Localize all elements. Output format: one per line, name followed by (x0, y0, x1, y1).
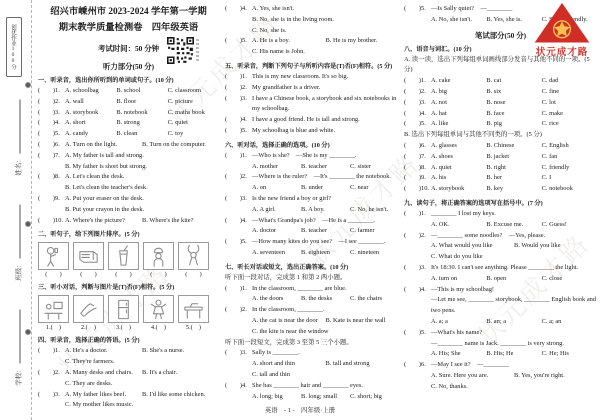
option: A. seventeen (252, 248, 301, 259)
picture-cell: ( ) (108, 242, 139, 279)
question-stem: —________ name is Jack. ________ is very… (404, 339, 597, 350)
answer-bracket: ( )5. (225, 237, 252, 248)
option: C. short; big (350, 392, 399, 403)
question-item: ( )7. A. shoesB. jacketC. fan (404, 152, 597, 163)
option-row: C. tall and thin (225, 370, 399, 381)
question-item: ( )5. —How many kites do you see? —I see… (225, 237, 399, 248)
option-row: B. My father is short but strong. (38, 162, 219, 173)
option: A. cake (431, 76, 486, 87)
answer-bracket: ( )3. (38, 390, 65, 401)
option: A. doctor (252, 226, 301, 237)
option: B. It's a chair. (142, 368, 219, 379)
option: A. storybook (431, 184, 486, 195)
option-row: A. short and thinB. tall and strong (225, 359, 399, 370)
question-item: ( )6. —May I see it? —________ (404, 360, 597, 371)
answer-bracket: ( )6. (404, 141, 431, 152)
section-title: 四、听录音，选择正确的答语。(5 分) (38, 335, 219, 346)
question-stem: —What's Grandpa's job? —He is a ________… (252, 216, 399, 227)
question-item: ( )9. A. Put your eraser on the desk. (38, 194, 219, 205)
answer-bracket: ( )4. (225, 4, 252, 15)
section-title: 九、读句子，将正确答案的选项写在括号中。(7 分) (404, 198, 597, 209)
option: B. pig (486, 119, 541, 130)
computer-desk-icon (38, 295, 69, 323)
option-row: A. doctorB. teacherC. farmer (225, 226, 399, 237)
question-stem: —This is my schoolbag! (431, 285, 597, 296)
option: A. No, she isn't. (431, 15, 486, 26)
answer-bracket: ( )4. (404, 285, 431, 296)
option: C. They are desks. (65, 379, 219, 390)
binding-dot (25, 329, 31, 335)
question-stem: In the classroom, ________ are blue. (252, 284, 399, 295)
option: C. dad (542, 76, 597, 87)
answer-bracket: ( )2. (38, 368, 65, 379)
answer-bracket: ( )4. (225, 381, 252, 392)
question-item: ( )2. —________ some noodles? —Yes, plea… (404, 231, 597, 242)
question-item: ( )4. A. Yes, she isn't. (225, 4, 399, 15)
answer-bracket: ( )1. (38, 346, 65, 357)
publisher-logo: 状元成才路 (526, 2, 598, 58)
option: A. Sure. Here you are. (431, 371, 514, 382)
option: A. Yes, she isn't. (252, 4, 399, 15)
option: A. not (431, 98, 486, 109)
option: A. A girl. (252, 205, 301, 216)
option: A. like (431, 119, 486, 130)
paper-title-line1: 绍兴市嵊州市 2023-2024 学年第一学期 (38, 6, 219, 19)
answer-bracket: ( )1. (404, 209, 431, 220)
option: A. My father is tall and strong. (65, 151, 219, 162)
picture-cell: 2.( ) (73, 295, 104, 332)
option-row: C. His name is John. (225, 47, 399, 58)
question-item: ( )2. In the classroom, ________. (225, 305, 399, 316)
answer-bracket: ( )6. (404, 360, 431, 371)
option: A. Turn on the light. (65, 140, 142, 151)
answer-bracket: ( )1. (225, 72, 252, 83)
drink-icon (108, 242, 139, 270)
answer-bracket: ( ) (38, 270, 69, 279)
question-item: ( )10. A. storybookB. keyC. notebook (404, 184, 597, 195)
answer-bracket: ( )1. (38, 86, 65, 97)
picture-cell: 3.( ) (108, 295, 139, 332)
option: B. teacher (301, 226, 350, 237)
option: A. short and thin (252, 359, 326, 370)
question-stem: —How many kites do you see? —I see _____… (252, 237, 399, 248)
option: C. classroom (168, 86, 219, 97)
fridge-icon (108, 295, 139, 323)
option: B. A boy. (301, 205, 350, 216)
question-item: ( )4. A. shortB. strongC. quiet (38, 118, 219, 129)
paper-title-line2: 期末教学质量检测卷 四年级英语 (38, 22, 219, 35)
answer-bracket: ( )5. (404, 119, 431, 130)
question-stem: It's 18:30. I can't see anything. Please… (431, 263, 597, 274)
answer-bracket: ( )3. (225, 348, 252, 359)
question-item: ( )6. A. Turn on the light.B. Turn on th… (38, 140, 219, 151)
option: A. schoolbag (65, 86, 116, 97)
question-item: ( )1. A. schoolbagB. schoolC. classroom (38, 86, 219, 97)
question-item: ( )2. A. wallB. floorC. picture (38, 97, 219, 108)
fill-line (16, 99, 21, 153)
option-row: A. Sure. Here you are.B. Yes, you're rig… (404, 371, 597, 382)
question-item: ( )3. Sally is ________. (225, 348, 399, 359)
option: A. wall (65, 97, 116, 108)
answer-bracket: 3.( ) (108, 323, 139, 332)
option: C. lot (542, 98, 597, 109)
option-row: B. No, she is in the living room. (225, 15, 399, 26)
class-label: 班级： (14, 261, 23, 281)
option-row: C. No, thanks. (404, 382, 597, 393)
option: C. No, thanks. (431, 382, 597, 393)
option: A. the doors (252, 294, 301, 305)
option-row: A. seventeenB. eighteenC. nineteen (225, 248, 399, 259)
option: B. strong (116, 118, 167, 129)
answer-bracket: ( )10. (404, 184, 431, 195)
option: B. His; He (486, 349, 541, 360)
option: B. Yes, you're right. (514, 371, 597, 382)
fill-line (16, 204, 21, 258)
option: B. floor (116, 97, 167, 108)
answer-bracket: ( ) (73, 270, 104, 279)
question-stem: My grandfather is a driver. (252, 83, 399, 94)
section-title: 三、听小对话，判断与图片是(T)否(F)相符。(5 分) (38, 282, 219, 293)
option: C. rice (542, 119, 597, 130)
listening-note: 听下面一段对话，完成第 1 和第 2 两小题。 (225, 273, 399, 284)
question-stem: —Let me see, ________ storybook, _______… (404, 295, 597, 317)
question-item: ( )10. A. Where's the picture?B. Where's… (38, 216, 219, 227)
option-row: A. a; aB. an; aC. a; an (404, 317, 597, 328)
question-item: ( )8. A. Let's clean the desk. (38, 172, 219, 183)
option-row: A. motherB. teacherC. sister (225, 162, 399, 173)
desk-icon (178, 295, 209, 323)
option: C. near (350, 183, 399, 194)
option: A. Many desks and chairs. (65, 368, 142, 379)
option: B. school (116, 86, 167, 97)
question-stem: My schoolbag is blue and white. (252, 126, 399, 137)
picture-cell: ( ) (143, 242, 174, 279)
question-stem: In the classroom, ________. (252, 305, 399, 316)
answer-bracket: ( )9. (404, 173, 431, 184)
fill-line (16, 309, 21, 363)
question-item: ( )7. A. My father is tall and strong. (38, 151, 219, 162)
option-row: C. No, she is. (225, 26, 399, 37)
answer-bracket: ( )5. (404, 328, 431, 339)
dancing-girl-icon (143, 295, 174, 323)
picture-cell: 1.( ) (38, 295, 69, 332)
question-item: ( )4. —What's Grandpa's job? —He is a __… (225, 216, 399, 227)
qr-caption (196, 39, 199, 63)
question-stem: She has ________ hair and ________ eyes. (252, 381, 399, 392)
option: A. storybook (65, 108, 116, 119)
answer-bracket: ( )2. (404, 87, 431, 98)
option: C. What do you like (431, 252, 597, 263)
option: A. candy (65, 129, 116, 140)
question-stem: I have a good friend. He is tall and str… (252, 115, 399, 126)
option: A. a; a (431, 317, 486, 328)
question-stem: Sally is ________. (252, 348, 399, 359)
picture-cell: ( ) (73, 242, 104, 279)
option: B. clean (116, 129, 167, 140)
option: C. the chairs (350, 294, 399, 305)
option: B. Chinese (486, 141, 541, 152)
student-name-label: 姓名： (14, 156, 23, 176)
binding-dot (25, 82, 31, 88)
option-row: C. What do you like (404, 252, 597, 263)
option: A. on (252, 183, 301, 194)
section-title: 七、听长对话或短文，选出正确答案。(10 分) (225, 262, 399, 273)
option: C. nineteen (350, 248, 399, 259)
picture-cell: ( ) (38, 242, 69, 279)
answer-bracket: ( )8. (404, 163, 431, 174)
binding-line (31, 0, 32, 420)
option: A. the cat is near the door (252, 316, 326, 327)
question-stem: —Where is the ruler? —It's ________ the … (252, 172, 399, 183)
answer-bracket: ( )5. (404, 4, 431, 15)
question-item: ( )5. A. likeB. pigC. rice (404, 119, 597, 130)
question-stem: ________ I lost my keys. (431, 209, 597, 220)
option: A. Let's clean the desk. (65, 172, 219, 183)
section-title: 二、听句子，给下列图片排序。(5 分) (38, 229, 219, 240)
option: A. shoes (431, 152, 486, 163)
answer-bracket: ( )4. (225, 216, 252, 227)
option: C. No, she is. (252, 26, 399, 37)
option: B. key (486, 184, 541, 195)
answer-bracket: ( )3. (225, 94, 252, 116)
answer-bracket: ( )2. (38, 97, 65, 108)
option: B. No, she is in the living room. (252, 15, 399, 26)
question-item: ( )2. My grandfather is a driver. (225, 83, 399, 94)
option-row: A. His; SheB. His; HeC. He; His (404, 349, 597, 360)
option: B. under (301, 183, 350, 194)
option: C. I (542, 173, 597, 184)
option-row: A. the doorsB. the desksC. the chairs (225, 294, 399, 305)
answer-bracket: 1.( ) (38, 323, 69, 332)
option-row: B. Put your crayon in the desk. (38, 205, 219, 216)
question-item: ( )5. My schoolbag is blue and white. (225, 126, 399, 137)
question-item: ( )5. A. candyB. cleanC. toy (38, 129, 219, 140)
option: B. open (486, 274, 541, 285)
listening-note: 听下面一段短文，完成第 3 至第 5 三个小题。 (225, 338, 399, 349)
question-item: ( )8. A. quietB. rightC. friendly (404, 163, 597, 174)
answer-bracket: ( ) (178, 270, 209, 279)
question-item: ( )2. A. bigB. sixC. fine (404, 87, 597, 98)
section-title: 六、听对话，选择正确的选项。(10 分) (225, 140, 399, 151)
question-item: ( )3. A. My father likes beef.B. I'd lik… (38, 390, 219, 401)
option: A. Put your eraser on the desk. (65, 194, 219, 205)
option: C. make (542, 109, 597, 120)
option: A. his (431, 173, 486, 184)
question-item: ( )1. A. He's a doctor.B. She's a nurse. (38, 346, 219, 357)
question-item: ( )1. A. cakeB. catC. dad (404, 76, 597, 87)
question-item: ( )4. I have a good friend. He is tall a… (225, 115, 399, 126)
option: B. Excuse me. (486, 220, 541, 231)
question-item: ( )5. —What's his name? (404, 328, 597, 339)
answer-bracket: ( )3. (225, 194, 252, 205)
option: B. notebook (116, 108, 167, 119)
option-row: A. the cat is near the doorB. Kate is ne… (225, 316, 399, 327)
option: C. tall and thin (252, 370, 399, 381)
answer-bracket: ( )10. (38, 216, 65, 227)
option: A. short (65, 118, 116, 129)
option: B. My father is short but strong. (65, 162, 219, 173)
option: A. He's a doctor. (65, 346, 142, 357)
option: B. six (486, 87, 541, 98)
option-row: B. Let's clean the teacher's desk. (38, 183, 219, 194)
option: A. mother (252, 162, 301, 173)
picture-row: ( )( )( )( )( ) (38, 242, 219, 279)
answer-bracket: ( )8. (38, 172, 65, 183)
option: C. close (542, 274, 597, 285)
option: B. Where's the kite? (142, 216, 219, 227)
option: C. sister (350, 162, 399, 173)
option-row: A. long; bigB. long; smallC. short; big (225, 392, 399, 403)
column-middle: ( )4. A. Yes, she isn't.B. No, she is in… (225, 4, 399, 402)
answer-bracket: ( )1. (404, 76, 431, 87)
option: C. quiet (168, 118, 219, 129)
option: B. face (486, 109, 541, 120)
option: A. quiet (431, 163, 486, 174)
section-title: 一、听录音，选出你所听到的单词或句子。(10 分) (38, 75, 219, 86)
question-item: ( )1. In the classroom, ________ are blu… (225, 284, 399, 295)
answer-bracket: ( )7. (404, 152, 431, 163)
question-item: ( )1. ________ I lost my keys. (404, 209, 597, 220)
option: A. My father likes beef. (65, 390, 142, 401)
option: C. fan (542, 152, 597, 163)
option: A. glasses (431, 141, 486, 152)
option: B. her (486, 173, 541, 184)
option: C. picture (168, 97, 219, 108)
school-field: 学校： (14, 296, 23, 400)
answer-bracket: ( ) (143, 270, 174, 279)
answer-bracket: ( )2. (225, 305, 252, 316)
question-item: ( )3. It's 18:30. I can't see anything. … (404, 263, 597, 274)
option: A. He is a boy. (252, 36, 326, 47)
answer-bracket: 2.( ) (73, 323, 104, 332)
question-item: ( )4. —This is my schoolbag! (404, 285, 597, 296)
option: B. the desks (301, 294, 350, 305)
answer-bracket: ( )4. (225, 115, 252, 126)
option: C. toy (168, 129, 219, 140)
option: B. nose (486, 98, 541, 109)
question-stem: I have a Chinese book, a storybook and s… (252, 94, 399, 116)
option: B. jacket (486, 152, 541, 163)
answer-bracket: ( ) (108, 270, 139, 279)
option: C. notebook (542, 184, 597, 195)
option: B. Kate is near the wall (326, 316, 400, 327)
option-row: A. What would you likeB. Would you like (404, 241, 597, 252)
option: C. farmer (350, 226, 399, 237)
picture-cell: 4.( ) (143, 295, 174, 332)
option: B. Turn on the computer. (142, 140, 219, 151)
option: C. friendly (542, 163, 597, 174)
strong-kid-icon (178, 242, 209, 270)
question-item: ( )3. I have a Chinese book, a storybook… (225, 94, 399, 116)
section-title: 五、听录音，判断下列句子与所听内容是(T)否(F)相符。(5 分) (225, 61, 399, 72)
question-item: ( )1. —Who is she? —She is my ________. (225, 151, 399, 162)
qr-code (167, 37, 194, 64)
answer-bracket: ( )5. (225, 126, 252, 137)
answer-bracket: 5.( ) (178, 323, 209, 332)
option-row: A. onB. underC. near (225, 183, 399, 194)
option-row: A. A girl.B. A boy.C. No, he isn't. (225, 205, 399, 216)
option: A. Where's the picture? (65, 216, 142, 227)
answer-bracket: ( )2. (404, 231, 431, 242)
option: B. She's a nurse. (142, 346, 219, 357)
workbook-badge: 创优作业100分 (6, 17, 22, 77)
option-row: A. turn onB. openC. close (404, 274, 597, 285)
option-row: C. They're farmers. (38, 357, 219, 368)
question-stem: This is my new classroom. It's so big. (252, 72, 399, 83)
question-stem: —May I see it? —________ (431, 360, 597, 371)
page-footer: 英语 - 1 - 四年级·上册 (0, 405, 600, 414)
answer-bracket: ( )3. (404, 263, 431, 274)
option: C. a; an (542, 317, 597, 328)
option: B. Put your crayon in the desk. (65, 205, 219, 216)
option: C. They're farmers. (65, 357, 219, 368)
answer-bracket: ( )4. (404, 109, 431, 120)
option: C. maths book (168, 108, 219, 119)
option: B. right (486, 163, 541, 174)
answer-bracket: ( )7. (38, 151, 65, 162)
question-item: ( )4. She has ________ hair and ________… (225, 381, 399, 392)
option: A. What would you like (431, 241, 514, 252)
answer-bracket: ( )5. (225, 36, 252, 47)
option: B. an; a (486, 317, 541, 328)
class-field: 班级： (14, 191, 23, 295)
question-item: ( )4. A. hatB. faceC. make (404, 109, 597, 120)
option: B. cat (486, 76, 541, 87)
answer-bracket: ( )3. (38, 108, 65, 119)
option: B. long; small (301, 392, 350, 403)
option: C. No, he isn't. (350, 205, 399, 216)
picture-cell: 5.( ) (178, 295, 209, 332)
option: C. His name is John. (252, 47, 399, 58)
option: A. hat (431, 109, 486, 120)
option: C. the kite is near the window (252, 327, 399, 338)
option: C. fine (542, 87, 597, 98)
publisher-name: 状元成才路 (526, 47, 598, 58)
school-label: 学校： (14, 366, 23, 386)
column-left: 绍兴市嵊州市 2023-2024 学年第一学期 期末教学质量检测卷 四年级英语 … (38, 4, 219, 411)
option: B. I'd like some chicken. (142, 390, 219, 401)
answer-bracket: ( )1. (225, 284, 252, 295)
answer-bracket: ( )6. (38, 140, 65, 151)
question-item: ( )5. A. He is a boy.B. He is my brother… (225, 36, 399, 47)
listening-note: B. 选出下列每组单词与其他不同类的一项。(5 分) (404, 130, 597, 141)
option: A. big (431, 87, 486, 98)
book-icon (73, 242, 104, 270)
option: B. He is my brother. (326, 36, 400, 47)
option: B. tall and strong (326, 359, 400, 370)
option: B. teacher (301, 162, 350, 173)
option: B. eighteen (301, 248, 350, 259)
option: B. Would you like (514, 241, 597, 252)
question-stem: —________ some noodles? —Yes, please. (431, 231, 597, 242)
question-item: ( )2. —Where is the ruler? —It's _______… (225, 172, 399, 183)
question-item: ( )9. A. hisB. herC. I (404, 173, 597, 184)
question-item: ( )3. A. storybookB. notebookC. maths bo… (38, 108, 219, 119)
student-name-field: 姓名： (14, 86, 23, 190)
answer-bracket: ( )4. (38, 118, 65, 129)
question-stem: —What's his name? (431, 328, 597, 339)
picture-cell: ( ) (178, 242, 209, 279)
option: C. English (542, 141, 597, 152)
question-stem: —Who is she? —She is my ________. (252, 151, 399, 162)
question-item: ( )3. A. notB. noseC. lot (404, 98, 597, 109)
option-row: A. OK.B. Excuse me.C. Guess! (404, 220, 597, 231)
question-item: ( )2. A. Many desks and chairs.B. It's a… (38, 368, 219, 379)
option: B. Let's clean the teacher's desk. (65, 183, 219, 194)
child-on-phone-icon (38, 242, 69, 270)
cook-icon (143, 242, 174, 270)
answer-bracket: ( )9. (38, 194, 65, 205)
